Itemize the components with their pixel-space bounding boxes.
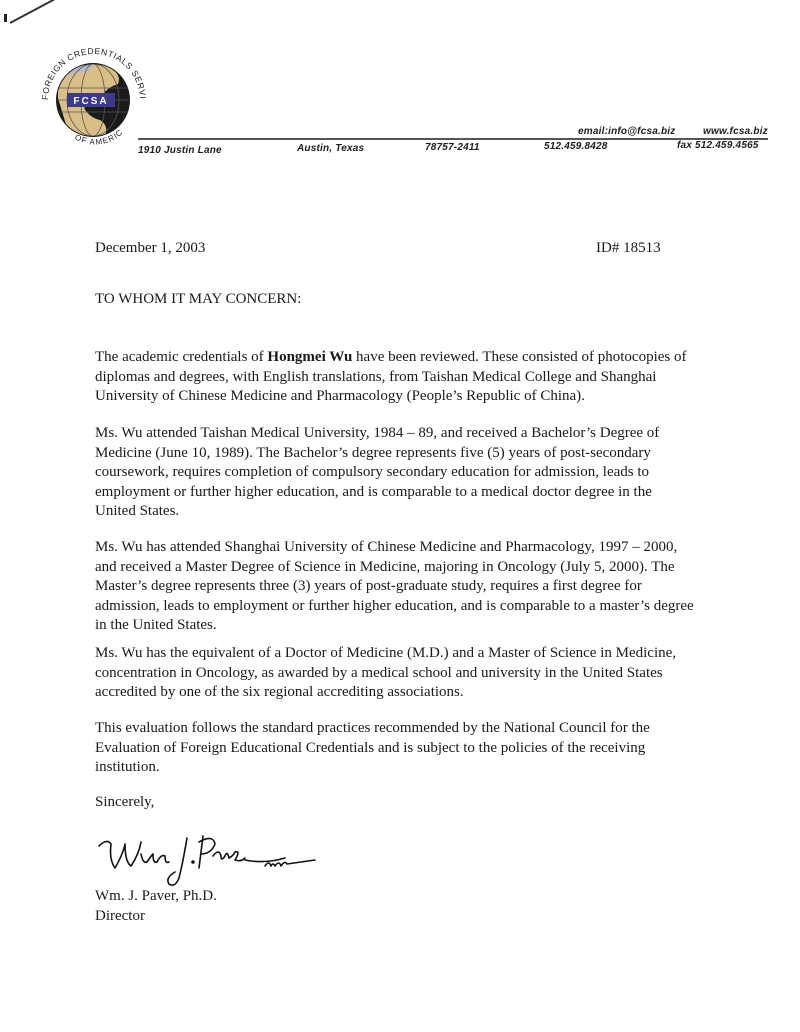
handwritten-signature [95,832,320,892]
signer-name: Wm. J. Paver, Ph.D. [95,886,217,906]
letter-date: December 1, 2003 [95,240,205,257]
letterhead-zip: 78757-2411 [425,142,480,153]
paragraph-evaluation-standards: This evaluation follows the standard pra… [95,719,695,778]
paragraph-master-degree: Ms. Wu has attended Shanghai University … [95,538,695,636]
signer-title: Director [95,906,217,926]
letterhead-website: www.fcsa.biz [703,126,768,137]
paragraph-equivalency: Ms. Wu has the equivalent of a Doctor of… [95,644,695,703]
letterhead-fax: fax 512.459.4565 [677,140,759,151]
salutation: TO WHOM IT MAY CONCERN: [95,291,301,308]
scan-mark [4,14,7,22]
paragraph-text: The academic credentials of [95,349,267,365]
scan-mark [10,0,55,24]
letterhead-phone: 512.459.8428 [544,141,608,152]
paragraph-bachelor-degree: Ms. Wu attended Taishan Medical Universi… [95,424,695,522]
logo-abbrev: FCSA [73,96,108,107]
letterhead-divider [138,138,768,140]
closing: Sincerely, [95,794,154,811]
applicant-name: Hongmei Wu [267,349,352,365]
paragraph-credentials-reviewed: The academic credentials of Hongmei Wu h… [95,348,695,407]
fcsa-globe-logo: FCSA FOREIGN CREDENTIALS SERVICE OF AMER… [30,38,156,148]
letterhead-email: email:info@fcsa.biz [578,126,675,137]
signer-block: Wm. J. Paver, Ph.D. Director [95,886,217,926]
letter-id: ID# 18513 [596,240,661,257]
letterhead-address: 1910 Justin Lane [138,145,222,156]
letterhead-city: Austin, Texas [297,143,364,154]
